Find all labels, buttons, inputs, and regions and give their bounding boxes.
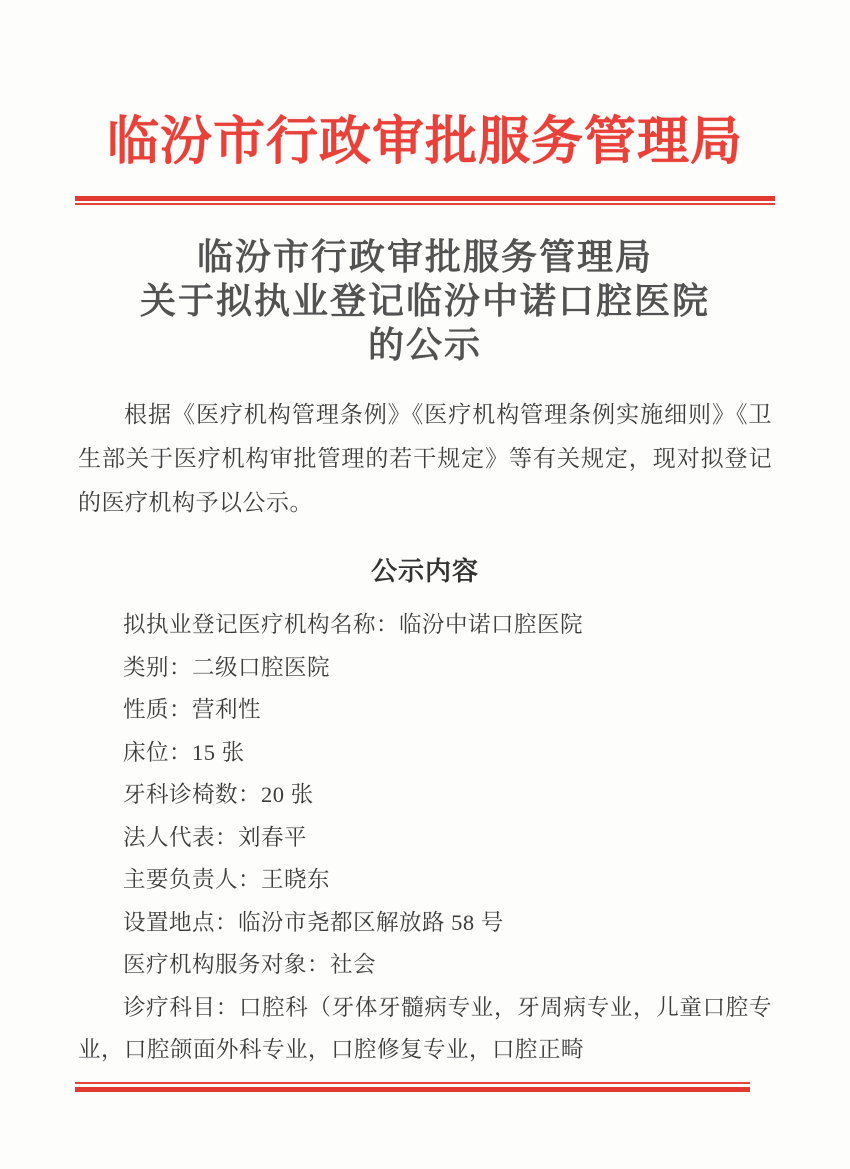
- item-treatment-subjects: 诊疗科目：口腔科（牙体牙髓病专业，牙周病专业，儿童口腔专业，口腔颌面外科专业，口…: [78, 987, 772, 1072]
- item-dental-chairs: 牙科诊椅数：20 张: [78, 774, 772, 817]
- item-category: 类别：二级口腔医院: [78, 647, 772, 690]
- section-heading: 公示内容: [0, 557, 850, 587]
- footer-divider-thick-line: [75, 1087, 750, 1092]
- item-person-in-charge: 主要负责人：王晓东: [78, 859, 772, 902]
- item-service-target: 医疗机构服务对象：社会: [78, 944, 772, 987]
- letterhead-divider: [75, 196, 775, 205]
- item-location: 设置地点：临汾市尧都区解放路 58 号: [78, 902, 772, 945]
- letterhead-agency-name: 临汾市行政审批服务管理局: [70, 104, 780, 182]
- item-legal-representative: 法人代表：刘春平: [78, 817, 772, 860]
- letterhead-divider-thin-line: [75, 203, 775, 205]
- intro-paragraph: 根据《医疗机构管理条例》《医疗机构管理条例实施细则》《卫生部关于医疗机构审批管理…: [78, 393, 772, 525]
- document-title: 临汾市行政审批服务管理局 关于拟执业登记临汾中诺口腔医院 的公示: [55, 235, 795, 367]
- publicity-item-list: 拟执业登记医疗机构名称：临汾中诺口腔医院 类别：二级口腔医院 性质：营利性 床位…: [78, 604, 772, 1072]
- scanned-document-page: 临汾市行政审批服务管理局 临汾市行政审批服务管理局 关于拟执业登记临汾中诺口腔医…: [0, 0, 850, 1169]
- item-beds: 床位：15 张: [78, 732, 772, 775]
- item-institution-name: 拟执业登记医疗机构名称：临汾中诺口腔医院: [78, 604, 772, 647]
- document-title-line-1: 临汾市行政审批服务管理局: [55, 235, 795, 279]
- item-nature: 性质：营利性: [78, 689, 772, 732]
- footer-divider: [75, 1082, 750, 1092]
- document-title-line-2: 关于拟执业登记临汾中诺口腔医院: [55, 279, 795, 323]
- document-title-line-3: 的公示: [55, 323, 795, 367]
- letterhead-header: 临汾市行政审批服务管理局: [0, 104, 850, 205]
